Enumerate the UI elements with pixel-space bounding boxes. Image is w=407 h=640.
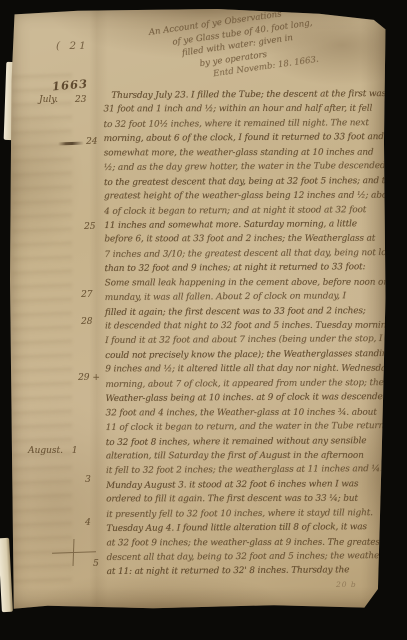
text-line: to 32 foot 8 inches, where it remained w… [106, 434, 384, 450]
binding-edge-sliver [0, 538, 13, 612]
text-line: filled it again; the first descent was t… [105, 304, 383, 320]
text-line: at 32 foot 9 inches; the weather-glass a… [106, 535, 384, 550]
cross-mark [52, 537, 96, 567]
margin-date-august-1: August. 1 [28, 446, 78, 456]
margin-date-4: 4 [85, 518, 91, 528]
text-line: Weather-glass being at 10 inches. at 9 o… [105, 390, 383, 406]
text-line: at 11: at night it returned to 32' 8 inc… [107, 563, 385, 579]
text-line: alteration, till Saturday the first of A… [106, 449, 384, 464]
text-line: to the greatest descent that day, being … [104, 174, 382, 190]
text-line: somewhat more, the weather-glass standin… [104, 145, 382, 160]
manuscript-page: ( 21 An Account of ye Observations of ye… [10, 9, 387, 610]
margin-date-5: 5 [93, 559, 99, 569]
scanned-manuscript-photo: ( 21 An Account of ye Observations of ye… [0, 0, 407, 640]
text-line: than to 32 foot and 9 inches; at night i… [104, 260, 382, 276]
text-line: 9 inches and ½; it altered little all th… [105, 362, 383, 377]
manuscript-body-text: Thursday July 23. I filled the Tube; the… [103, 87, 384, 580]
text-line: Tuesday Aug 4. I found little alteration… [106, 520, 384, 536]
margin-date-25: 25 [84, 222, 95, 232]
text-line: before 6, it stood at 33 foot and 2 inch… [104, 232, 382, 247]
margin-date-24: 24 [86, 137, 97, 147]
folio-number: ( 21 [56, 40, 89, 52]
text-line: greatest height of the weather-glass bei… [104, 189, 382, 204]
margin-date-27: 27 [81, 290, 92, 300]
text-line: Some small leak happening in the cement … [105, 275, 383, 290]
margin-date-28: 28 [81, 317, 92, 327]
text-line: it descended that night to 32 foot and 5… [105, 319, 383, 334]
footer-foliation-mark: 20 b [336, 580, 357, 589]
margin-date-29: 29 + [78, 373, 100, 383]
ink-showthrough-texture [12, 69, 72, 589]
text-line: 32 foot and 4 inches, the Weather-glass … [106, 405, 384, 420]
margin-year: 1663 [51, 76, 88, 93]
margin-date-july-23: July. 23 [39, 95, 86, 105]
text-line: morning, about 6 of the clock, I found i… [104, 130, 382, 146]
ink-dash-mark [58, 142, 84, 146]
margin-date-3: 3 [85, 475, 91, 485]
text-line: ordered to fill it again. The first desc… [106, 492, 384, 507]
text-line: 31 foot and 1 inch and ½; within an hour… [103, 102, 381, 117]
docket-title: An Account of ye Observations of ye Glas… [148, 0, 385, 89]
